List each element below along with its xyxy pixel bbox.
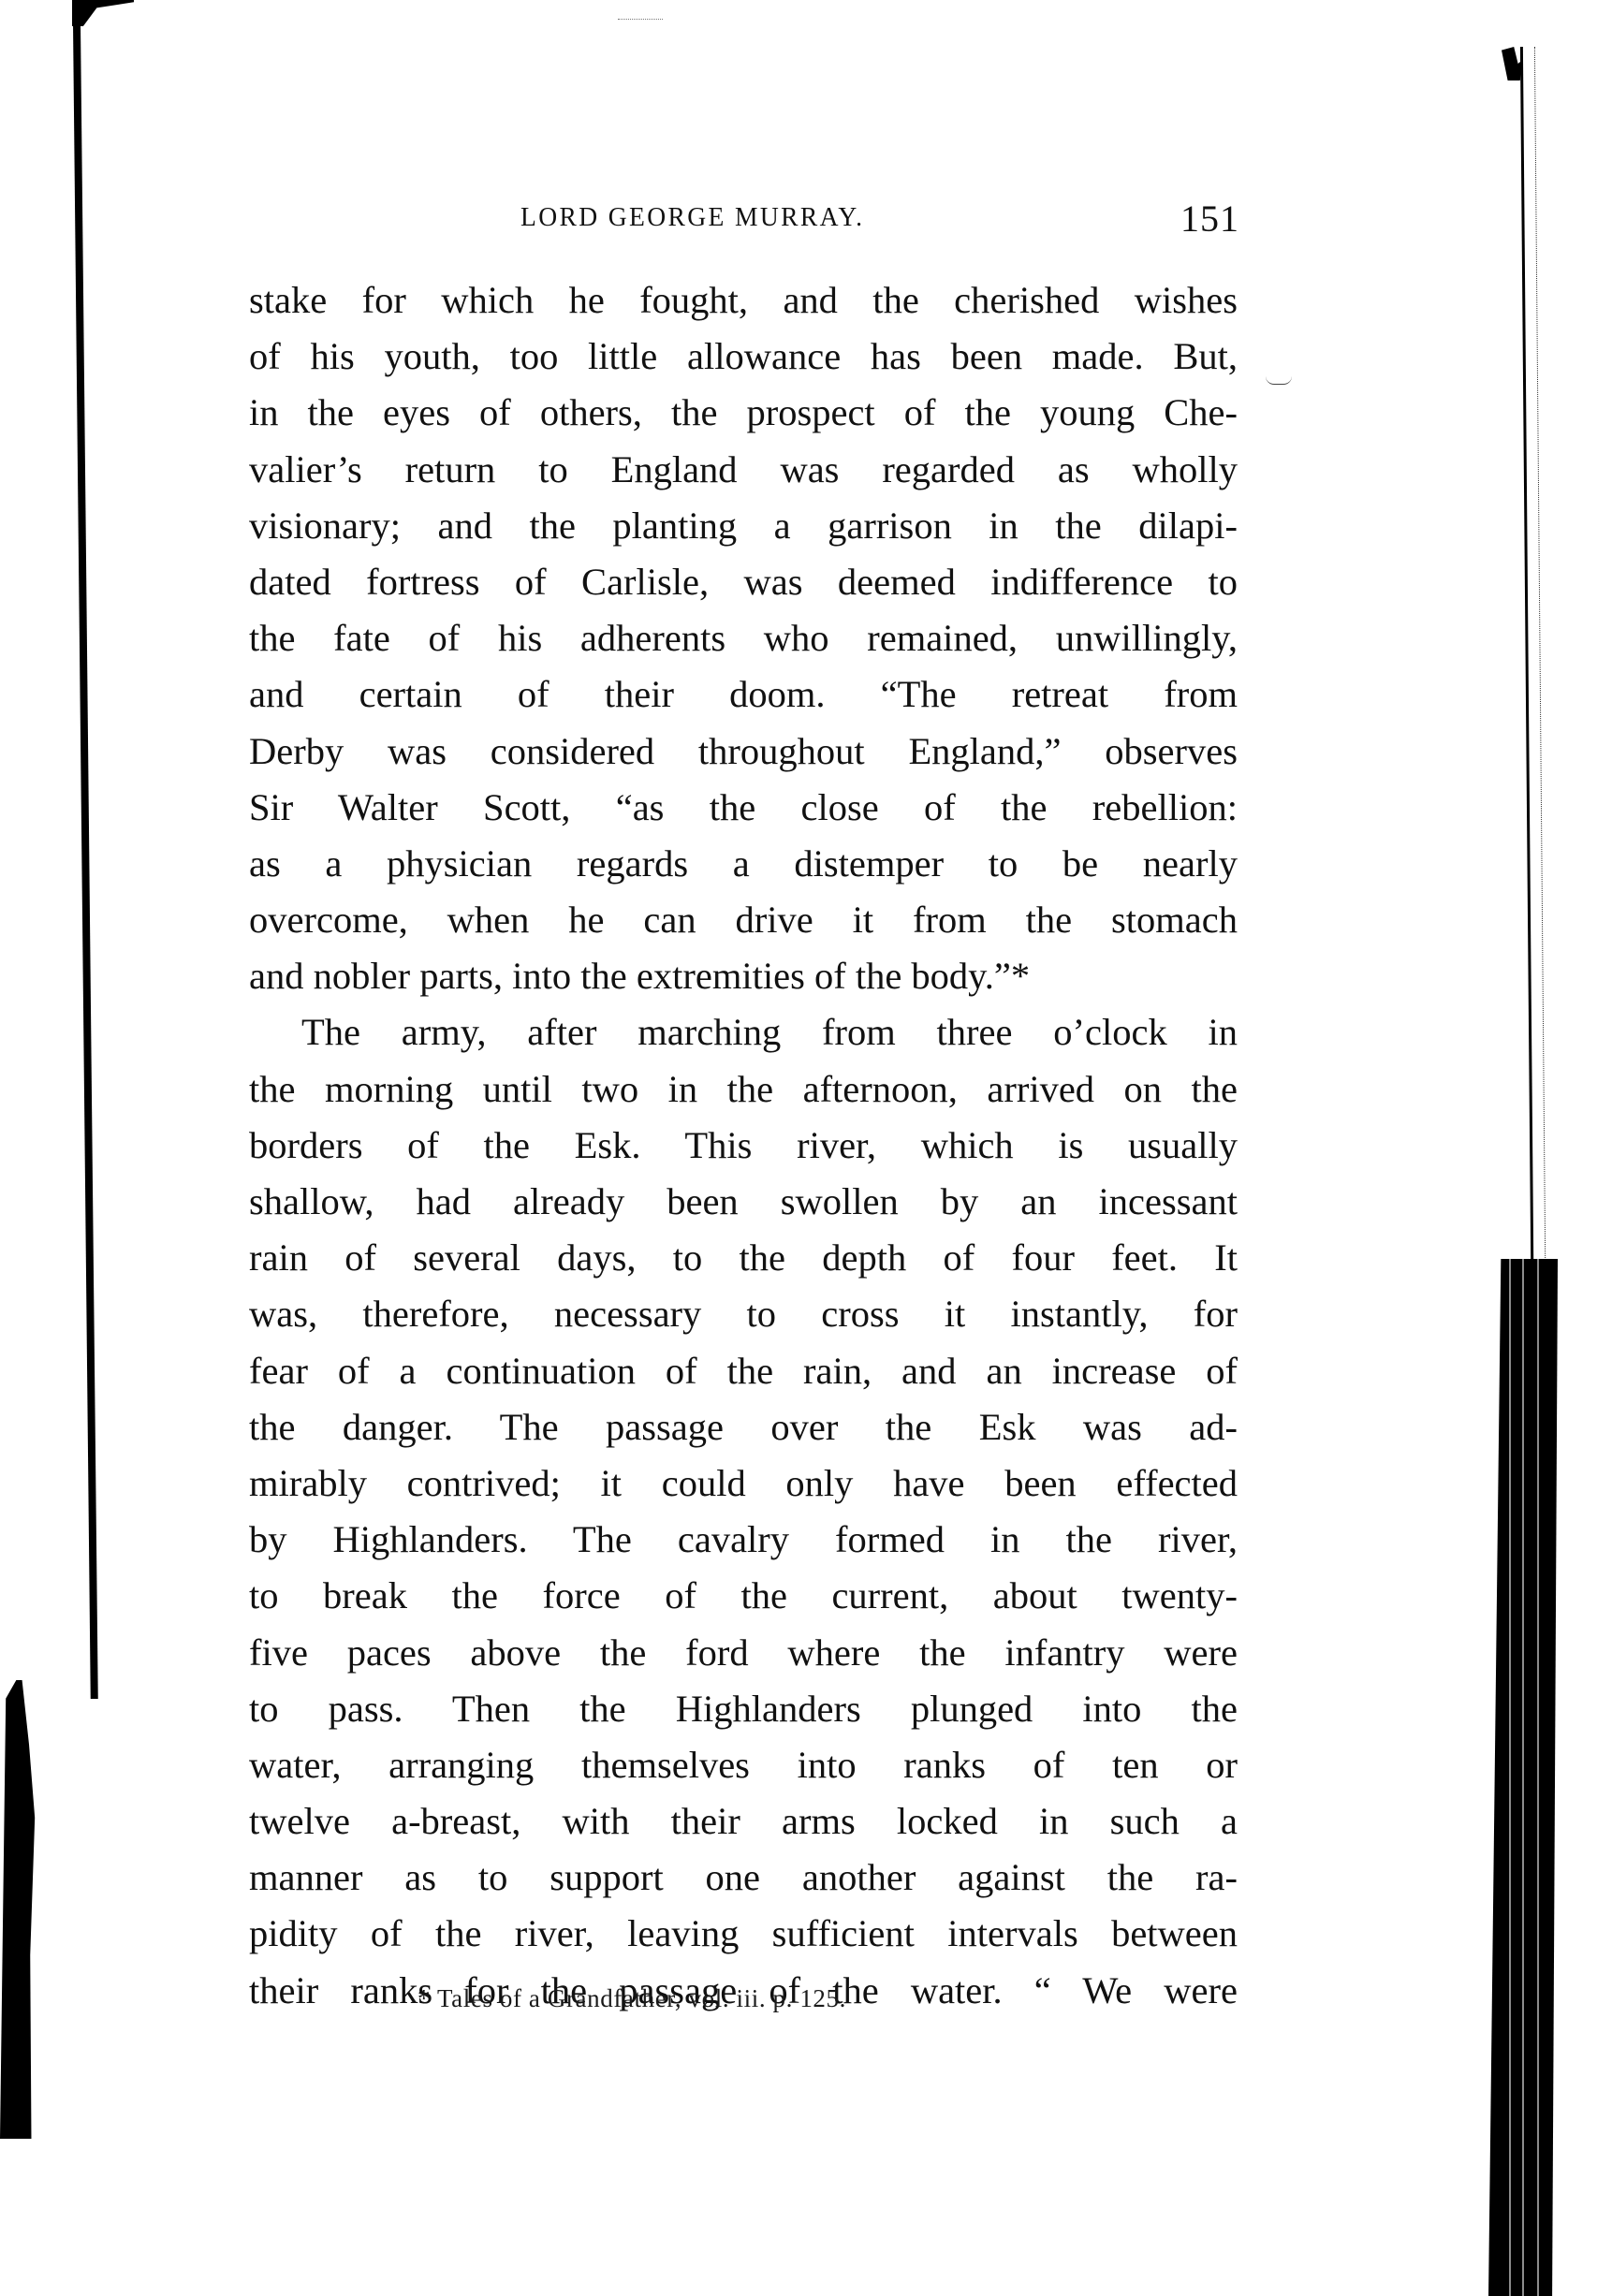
- text-line: by Highlanders. The cavalry formed in th…: [249, 1512, 1238, 1568]
- text-line: of his youth, too little allowance has b…: [249, 329, 1238, 385]
- paragraph: The army, after marching from three o’cl…: [249, 1004, 1238, 2018]
- text-line: and nobler parts, into the extremities o…: [249, 948, 1238, 1004]
- text-line: manner as to support one another against…: [249, 1850, 1238, 1906]
- running-title: LORD GEORGE MURRAY.: [520, 202, 864, 233]
- text-line: to break the force of the current, about…: [249, 1568, 1238, 1624]
- book-page: LORD GEORGE MURRAY. 151 stake for which …: [0, 0, 1612, 2296]
- page-number: 151: [1180, 197, 1239, 241]
- paragraph: stake for which he fought, and the cheri…: [249, 272, 1238, 1004]
- stray-pencil-mark: [1266, 376, 1292, 385]
- text-line: fear of a continuation of the rain, and …: [249, 1343, 1238, 1399]
- text-line: five paces above the ford where the infa…: [249, 1625, 1238, 1681]
- text-line: overcome, when he can drive it from the …: [249, 892, 1238, 948]
- text-line: valier’s return to England was regarded …: [249, 442, 1238, 498]
- text-line: the danger. The passage over the Esk was…: [249, 1399, 1238, 1455]
- text-line: as a physician regards a distemper to be…: [249, 836, 1238, 892]
- text-line: shallow, had already been swollen by an …: [249, 1174, 1238, 1230]
- text-line: to pass. Then the Highlanders plunged in…: [249, 1681, 1238, 1737]
- text-line: pidity of the river, leaving sufficient …: [249, 1906, 1238, 1962]
- text-line: in the eyes of others, the prospect of t…: [249, 385, 1238, 441]
- text-line: the fate of his adherents who remained, …: [249, 610, 1238, 666]
- right-edge-corner-artifact: [1502, 47, 1522, 80]
- text-line: Sir Walter Scott, “as the close of the r…: [249, 780, 1238, 836]
- text-line: stake for which he fought, and the cheri…: [249, 272, 1238, 329]
- text-line: The army, after marching from three o’cl…: [249, 1004, 1238, 1060]
- text-line: Derby was considered throughout England,…: [249, 724, 1238, 780]
- text-line: was, therefore, necessary to cross it in…: [249, 1286, 1238, 1342]
- binding-edge-line-artifact: [73, 23, 98, 1699]
- binding-edge-top-artifact: [72, 0, 134, 26]
- text-line: twelve a-breast, with their arms locked …: [249, 1793, 1238, 1850]
- text-line: the morning until two in the afternoon, …: [249, 1061, 1238, 1118]
- text-line: dated fortress of Carlisle, was deemed i…: [249, 554, 1238, 610]
- text-line: visionary; and the planting a garrison i…: [249, 498, 1238, 554]
- text-line: mirably contrived; it could only have be…: [249, 1455, 1238, 1512]
- scan-speck: [618, 19, 663, 25]
- text-line: water, arranging themselves into ranks o…: [249, 1737, 1238, 1793]
- text-line: borders of the Esk. This river, which is…: [249, 1118, 1238, 1174]
- body-text: stake for which he fought, and the cheri…: [249, 272, 1238, 2019]
- footnote: * Tales of a Grandfather, vol. iii. p. 1…: [418, 1984, 846, 2013]
- text-line: rain of several days, to the depth of fo…: [249, 1230, 1238, 1286]
- right-edge-page-stack-artifact: [1488, 1259, 1558, 2296]
- binding-edge-bottom-artifact: [0, 1680, 58, 2139]
- running-head: LORD GEORGE MURRAY. 151: [249, 198, 1239, 240]
- right-edge-page-lines-artifact: [1520, 47, 1546, 1357]
- text-line: and certain of their doom. “The retreat …: [249, 666, 1238, 723]
